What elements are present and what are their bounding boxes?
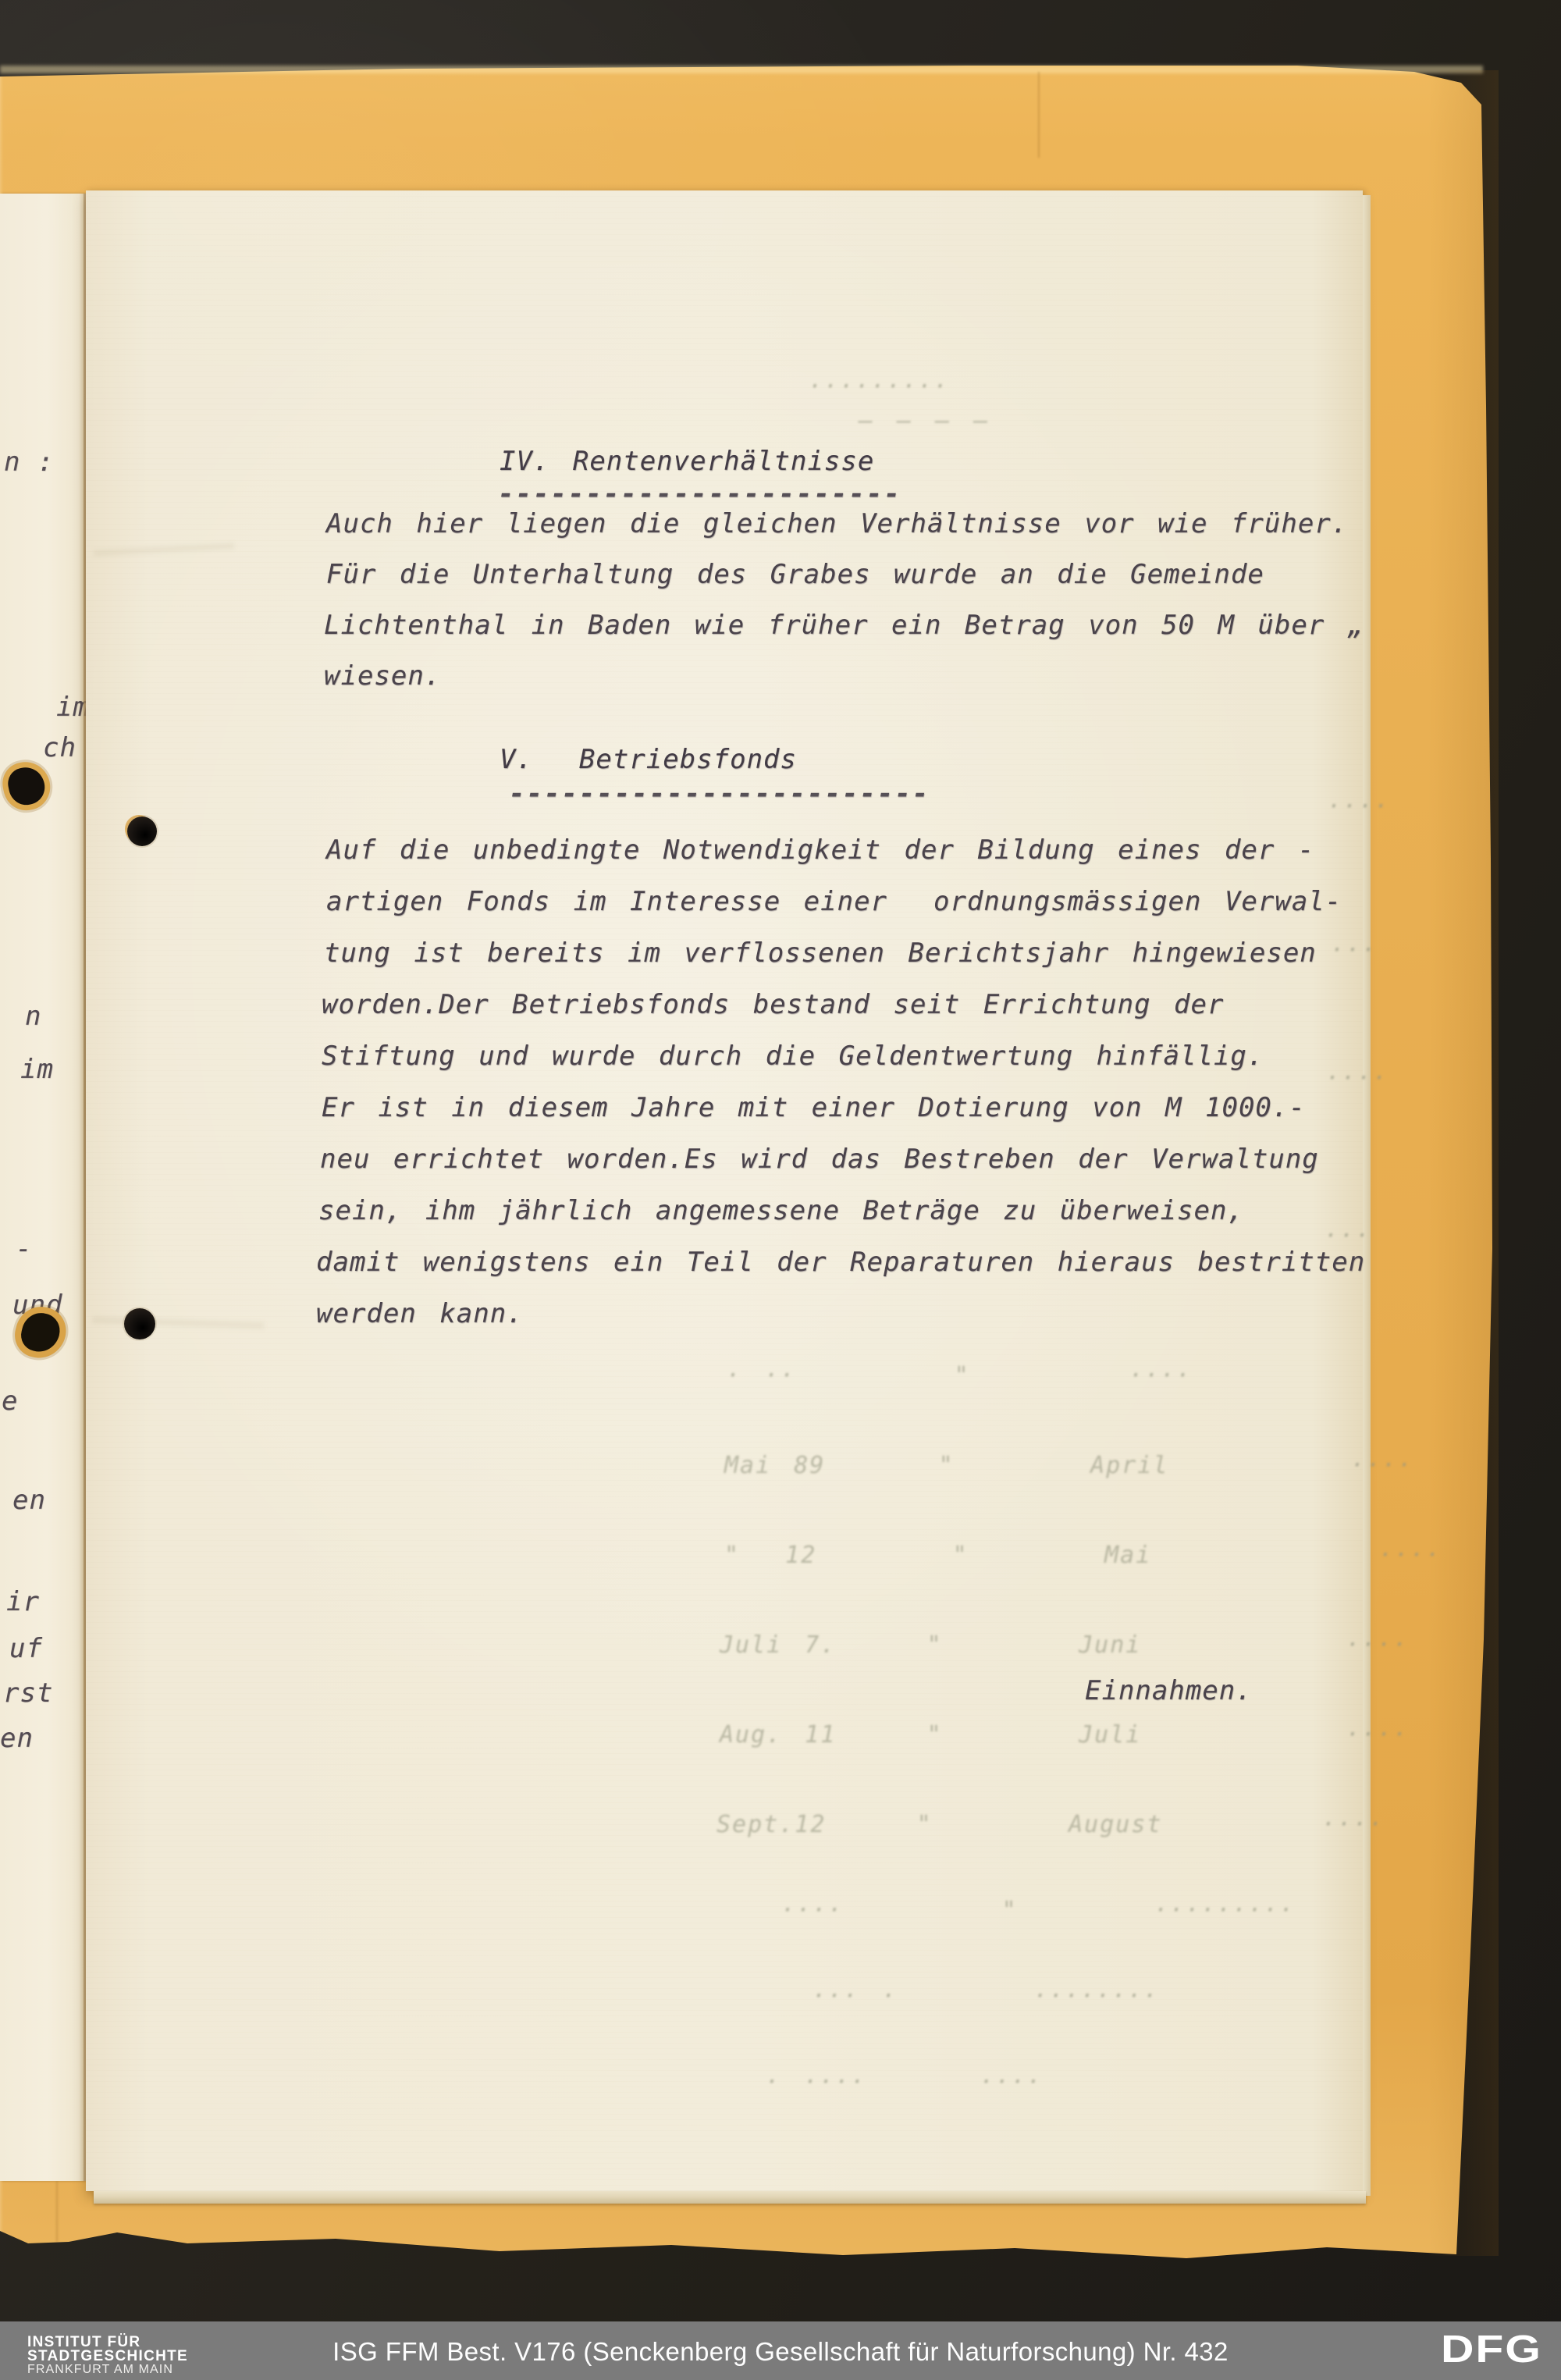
typed-line: Stiftung und wurde durch die Geldentwert… bbox=[322, 1040, 1264, 1073]
typed-line: Auf die unbedingte Notwendigkeit der Bil… bbox=[326, 834, 1314, 866]
typed-line: Auch hier liegen die gleichen Verhältnis… bbox=[326, 507, 1348, 540]
typed-line: ----------------------- bbox=[498, 478, 901, 511]
typed-line: Er ist in diesem Jahre mit einer Dotieru… bbox=[322, 1091, 1306, 1124]
typed-line: werden kann. bbox=[316, 1297, 524, 1330]
punch-hole-top bbox=[127, 816, 157, 846]
typed-line: damit wenigstens ein Teil der Reparature… bbox=[316, 1246, 1365, 1279]
typed-line: ------------------------ bbox=[509, 777, 930, 810]
typed-line: sein, ihm jährlich angemessene Beträge z… bbox=[318, 1194, 1244, 1227]
typed-line: tung ist bereits im verflossenen Bericht… bbox=[324, 937, 1317, 969]
typed-line: Lichtenthal in Baden wie früher ein Betr… bbox=[324, 609, 1364, 642]
typed-line: Einnahmen. bbox=[1085, 1674, 1253, 1707]
archive-scan-page: n :imchnim-undeenirufrsten ·········– – … bbox=[0, 0, 1561, 2380]
typed-line: IV. Rentenverhältnisse bbox=[500, 445, 874, 478]
typed-text-layer: IV. Rentenverhältnisse------------------… bbox=[0, 0, 1561, 2380]
archive-reference: ISG FFM Best. V176 (Senckenberg Gesellsc… bbox=[0, 2337, 1561, 2367]
typed-line: artigen Fonds im Interesse einer ordnung… bbox=[326, 885, 1342, 918]
dfg-logo: DFG bbox=[1441, 2327, 1542, 2371]
punch-hole-bottom bbox=[124, 1308, 155, 1339]
typed-line: wiesen. bbox=[324, 660, 441, 692]
typed-line: V. Betriebsfonds bbox=[500, 743, 797, 776]
typed-line: worden.Der Betriebsfonds bestand seit Er… bbox=[322, 988, 1224, 1021]
typed-line: Für die Unterhaltung des Grabes wurde an… bbox=[326, 558, 1264, 591]
typed-line: neu errichtet worden.Es wird das Bestreb… bbox=[320, 1143, 1319, 1176]
